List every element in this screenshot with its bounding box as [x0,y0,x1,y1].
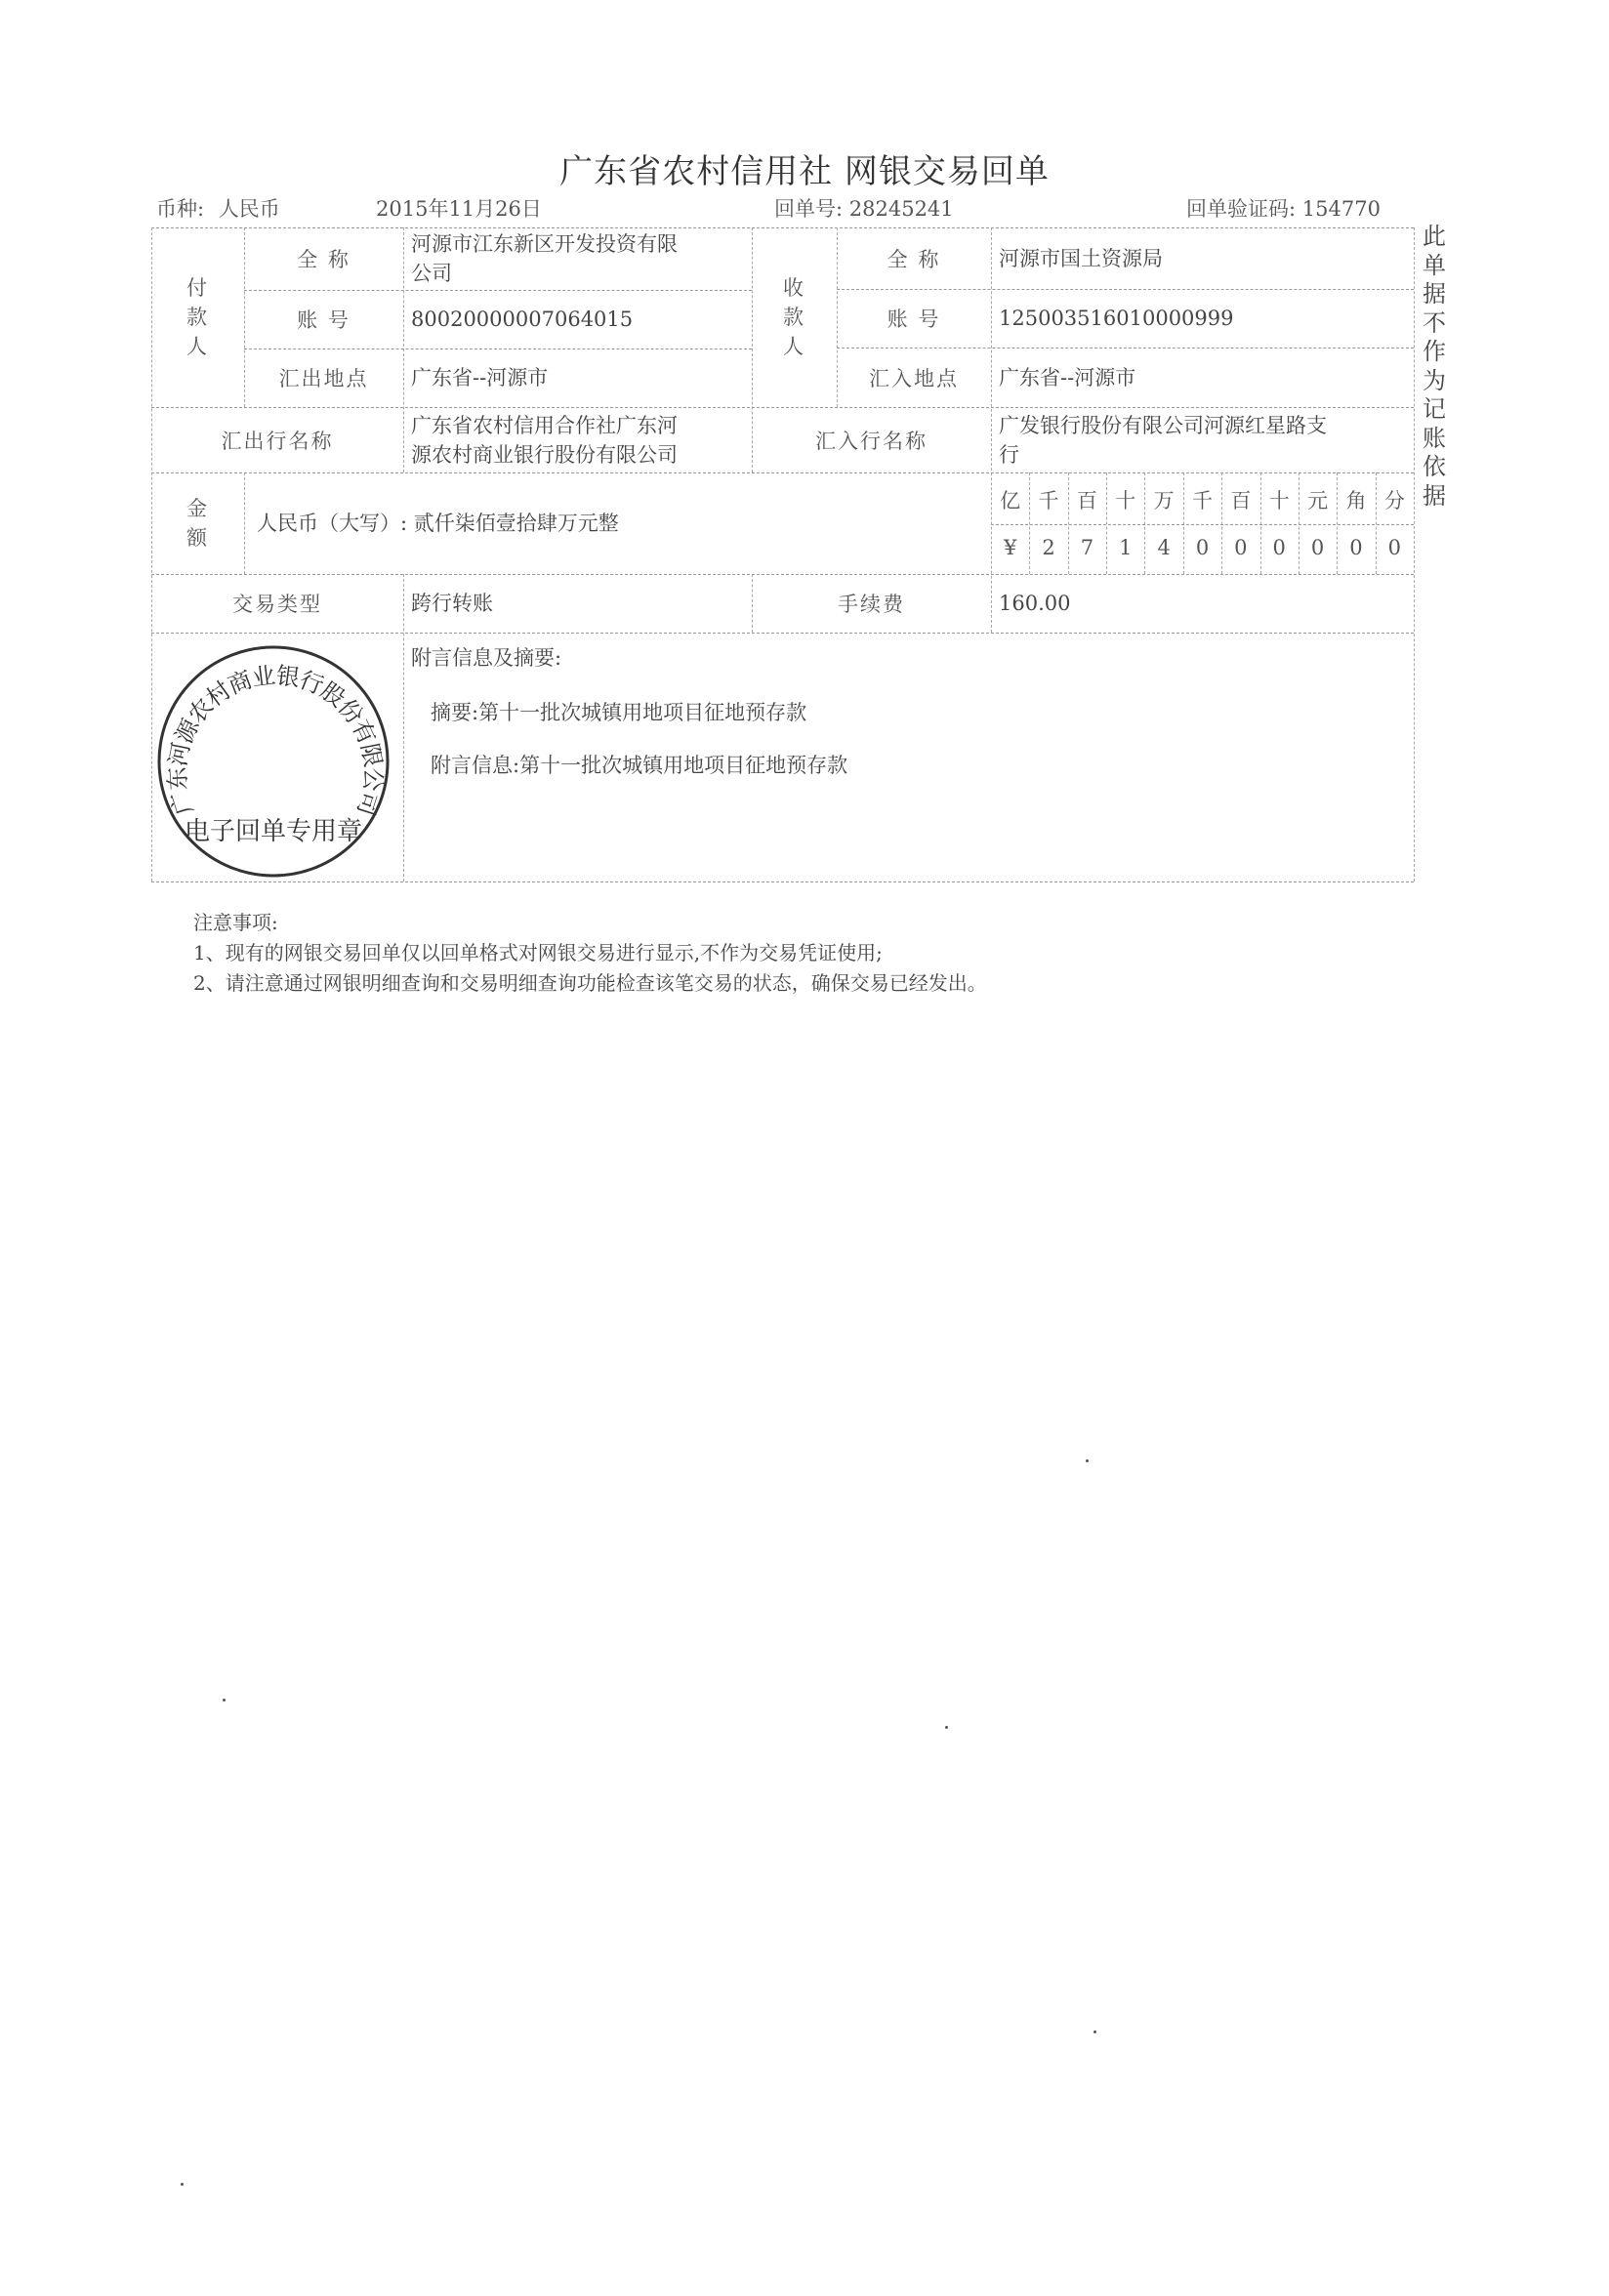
side-note-char: 作 [1418,338,1451,367]
payee-label-char: 收 [783,273,805,303]
digit-value: 4 [1146,536,1181,559]
payer-label-char: 人 [186,332,209,361]
scan-speck [945,1726,948,1729]
digit-unit-label: 分 [1377,485,1412,514]
digit-unit-label: 千 [1031,485,1066,514]
side-note-char: 依 [1418,453,1451,482]
verify-code: 154770 [1302,197,1381,221]
payee-label-char: 款 [783,303,805,332]
digit-value: ¥ [993,536,1028,559]
digit-unit-label: 百 [1223,485,1258,514]
payer-account-label: 账 号 [244,290,403,348]
payee-name-label: 全 称 [837,227,991,289]
remarks-summary: 摘要: 第十一批次城镇用地项目征地预存款 [431,692,806,731]
remarks-note: 附言信息: 第十一批次城镇用地项目征地预存款 [431,745,847,784]
payer-bank-label: 汇出行名称 [151,407,403,472]
currency-field: 币种: 人民币 [156,193,280,223]
payee-bank-line: 行 [999,440,1019,470]
payee-label-char: 人 [783,332,805,361]
currency-value: 人民币 [219,197,280,221]
receipt-number: 28245241 [849,197,954,221]
amount-label-char: 额 [186,523,209,553]
digit-unit-label: 十 [1261,485,1297,514]
payer-label-char: 款 [186,303,209,332]
payee-bank: 广发银行股份有限公司河源红星路支 行 [991,407,1419,472]
row-divider [151,633,1414,634]
transaction-date: 2015年11月26日 [376,193,542,223]
digit-value: 2 [1031,536,1066,559]
svg-text:电子回单专用章: 电子回单专用章 [185,817,362,846]
payer-bank-line: 广东省农村信用合作社广东河 [411,411,678,440]
digit-value: 0 [1300,536,1336,559]
document-title: 广东省农村信用社 网银交易回单 [0,144,1609,192]
amount-label-char: 金 [186,494,209,523]
digit-unit-label: 万 [1146,485,1181,514]
payer-name: 河源市江东新区开发投资有限 公司 [403,227,753,290]
digit-unit-label: 角 [1339,485,1374,514]
digit-value: 0 [1261,536,1297,559]
remarks-heading: 附言信息及摘要: [411,635,561,678]
bank-stamp: 广东河源农村商业银行股份有限公司 电子回单专用章 [156,644,391,882]
summary-text: 第十一批次城镇用地项目征地预存款 [478,697,806,726]
payee-name: 河源市国土资源局 [991,227,1419,289]
side-note-char: 单 [1418,252,1451,281]
payer-section-label: 付 款 人 [151,227,244,407]
side-note-char: 记 [1418,395,1451,425]
verify-code-field: 回单验证码: 154770 [1186,193,1381,223]
payer-location: 广东省--河源市 [403,348,753,407]
payer-name-line: 公司 [411,259,452,288]
side-note-char: 账 [1418,425,1451,454]
side-note-vertical: 此单据不作为记账依据 [1418,223,1451,511]
digit-unit-label: 十 [1108,485,1143,514]
digit-value: 0 [1339,536,1374,559]
side-note-char: 据 [1418,482,1451,512]
payee-account: 125003516010000999 [991,289,1419,348]
transaction-type-label: 交易类型 [151,574,403,633]
svg-text:广东河源农村商业银行股份有限公司: 广东河源农村商业银行股份有限公司 [163,662,387,818]
payee-bank-label: 汇入行名称 [752,407,991,472]
payer-bank-line: 源农村商业银行股份有限公司 [411,440,678,470]
transaction-type: 跨行转账 [403,574,753,633]
payer-location-label: 汇出地点 [244,348,403,407]
side-note-char: 据 [1418,280,1451,309]
payee-location-label: 汇入地点 [837,348,991,407]
stamp-seal-icon: 广东河源农村商业银行股份有限公司 电子回单专用章 [156,644,391,879]
scan-speck [1086,1459,1089,1462]
digit-unit-label: 元 [1300,485,1336,514]
receipt-number-label: 回单号: [774,197,843,221]
fee-value: 160.00 [991,574,1419,633]
amount-section-label: 金 额 [151,472,244,574]
digit-unit-label: 千 [1185,485,1220,514]
side-note-char: 为 [1418,367,1451,396]
payee-bank-line: 广发银行股份有限公司河源红星路支 [999,411,1327,440]
payer-name-label: 全 称 [244,227,403,290]
notes-item: 2、请注意通过网银明细查询和交易明细查询功能检查该笔交易的状态，确保交易已经发出… [193,968,987,999]
notes-section: 注意事项: 1、现有的网银交易回单仅以回单格式对网银交易进行显示,不作为交易凭证… [193,908,987,999]
note-text: 第十一批次城镇用地项目征地预存款 [519,750,847,779]
notes-heading: 注意事项: [193,908,987,938]
digit-value: 0 [1223,536,1258,559]
fee-label: 手续费 [752,574,991,633]
note-label: 附言信息: [431,750,519,779]
side-note-char: 不 [1418,309,1451,339]
currency-label: 币种: [156,197,204,221]
scan-speck [223,1699,226,1701]
side-note-char: 此 [1418,223,1451,252]
digit-value: 0 [1185,536,1220,559]
verify-code-label: 回单验证码: [1186,197,1296,221]
scan-speck [181,2183,184,2186]
payer-account: 80020000007064015 [403,290,753,348]
summary-label: 摘要: [431,697,478,726]
digit-row-divider [991,524,1414,525]
payer-name-line: 河源市江东新区开发投资有限 [411,229,678,259]
digit-value: 0 [1377,536,1412,559]
amount-uppercase: 人民币（大写）: 贰仟柒佰壹拾肆万元整 [249,472,940,574]
notes-item: 1、现有的网银交易回单仅以回单格式对网银交易进行显示,不作为交易凭证使用; [193,938,987,968]
digit-value: 7 [1069,536,1104,559]
digit-value: 1 [1108,536,1143,559]
payee-section-label: 收 款 人 [752,227,837,407]
digit-unit-label: 亿 [993,485,1028,514]
receipt-number-field: 回单号: 28245241 [774,193,954,223]
scan-speck [1093,2030,1096,2033]
col-divider [244,472,245,574]
payer-bank: 广东省农村信用合作社广东河 源农村商业银行股份有限公司 [403,407,753,472]
payer-label-char: 付 [186,273,209,303]
payee-location: 广东省--河源市 [991,348,1419,407]
digit-unit-label: 百 [1069,485,1104,514]
payee-account-label: 账 号 [837,289,991,348]
